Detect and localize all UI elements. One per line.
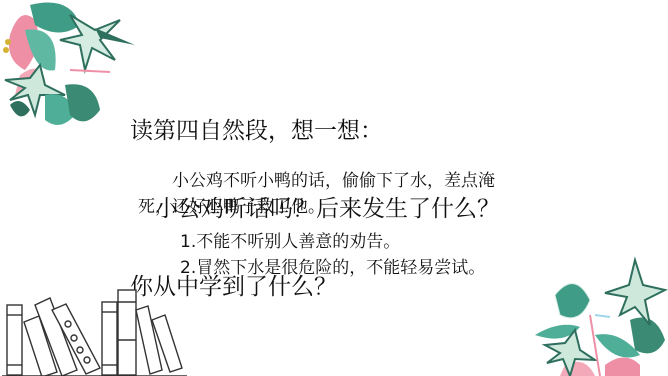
question-line-1: 读第四自然段，想一想： [130, 118, 500, 144]
lesson-item: 1.不能不听别人善意的劝告。 [180, 229, 485, 255]
answer-paragraph: 小公鸡不听小鸭的话，偷偷下了水，差点淹 死，还好小鸭子救了他。 [138, 168, 558, 220]
slide: 读第四自然段，想一想： 小公鸡听话吗？后来发生了什么？ 你从中学到了什么？ 小公… [0, 0, 668, 376]
lesson-item: 2.冒然下水是很危险的，不能轻易尝试。 [180, 255, 485, 281]
tropical-leaves-icon [525, 255, 668, 376]
lessons-list: 1.不能不听别人善意的劝告。 2.冒然下水是很危险的，不能轻易尝试。 [180, 229, 485, 281]
answer-line-2: 死，还好小鸭子救了他。 [138, 194, 558, 220]
books-sketch-icon [2, 280, 187, 376]
answer-line-1: 小公鸡不听小鸭的话，偷偷下了水，差点淹 [138, 168, 558, 194]
tropical-leaves-icon [0, 0, 150, 135]
